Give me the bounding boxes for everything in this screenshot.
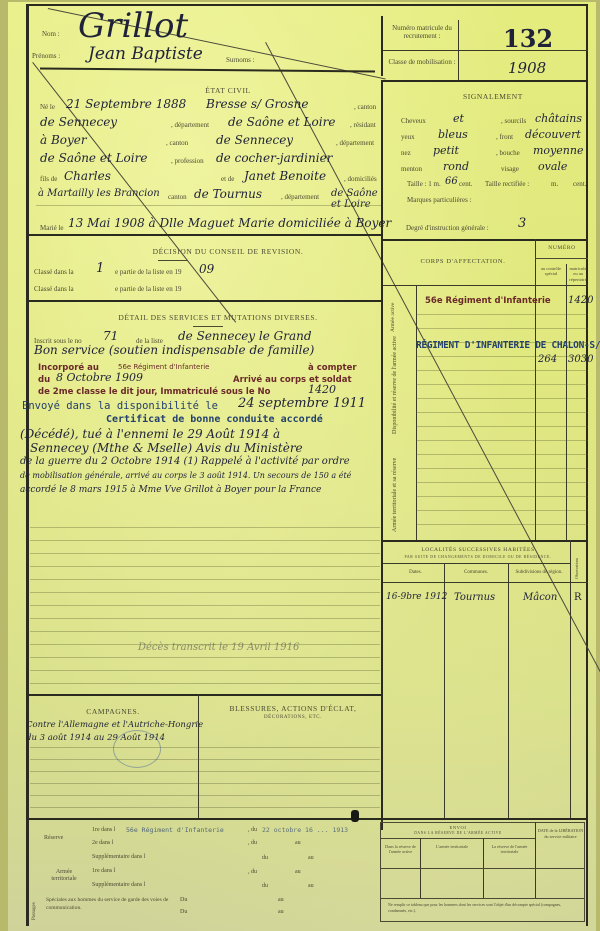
nom-label: Nom : xyxy=(42,30,60,38)
incorpore-a-compter: à compter xyxy=(308,363,357,373)
territ-row2-du: du xyxy=(262,883,268,889)
liberation-col4: DATE de la LIBÉRATION du service militai… xyxy=(537,828,584,840)
signalement-block: Cheveux et , sourcils châtains yeux bleu… xyxy=(393,112,588,208)
territ-row1-au: au xyxy=(295,869,301,875)
prenoms-label: Prénoms : xyxy=(32,52,60,60)
classe-label: Classe de mobilisation : xyxy=(388,58,456,66)
reserve-row1-du: , du xyxy=(248,827,257,833)
visage-value: ovale xyxy=(538,160,567,173)
sourcils-label: , sourcils xyxy=(501,117,526,125)
classe-row2-prefix: Classé dans la xyxy=(34,285,74,293)
degre-label: Degré d'instruction générale : xyxy=(406,224,489,232)
canton3-label: canton xyxy=(168,193,187,201)
liberation-col3: La réserve de l'armée territoriale xyxy=(485,844,534,855)
front-value: découvert xyxy=(525,128,581,141)
reserve-row3-au: au xyxy=(308,855,314,861)
localite-row-commune: Tournus xyxy=(454,592,495,603)
localites-side-header: Observations xyxy=(574,558,579,579)
side-armee-active: Armée active xyxy=(390,303,396,332)
col-matricule: matricule ou au répertoire xyxy=(567,266,589,282)
residant-label: , résidant xyxy=(350,121,376,129)
localite-row-date: 16-9bre 1912 xyxy=(386,592,447,602)
spec-row2-du: Du xyxy=(180,909,187,915)
services-title: DÉTAIL DES SERVICES ET MUTATIONS DIVERSE… xyxy=(68,313,368,322)
et-de-value: Janet Benoite xyxy=(244,169,326,183)
canton-value: de Sennecey xyxy=(40,115,117,129)
spec-row1-du: Du xyxy=(180,897,187,903)
certificat-bonne-conduite: Certificat de bonne conduite accordé xyxy=(106,414,323,425)
localite-row-mark: R xyxy=(574,592,582,603)
surnoms-label: Surnoms : xyxy=(226,56,255,64)
cheveux-value: et xyxy=(453,112,464,125)
localite-row-subdivision: Mâcon xyxy=(523,592,557,603)
taille-label: Taille : 1 m. xyxy=(407,180,441,188)
ink-stamp-circle xyxy=(113,730,161,768)
blessures-title: BLESSURES, ACTIONS D'ÉCLAT, xyxy=(208,704,378,713)
departement-label: , département xyxy=(171,121,209,129)
classe-value: 1908 xyxy=(508,59,546,77)
reserve-row3-du: du xyxy=(262,855,268,861)
bouche-label: , bouche xyxy=(496,149,520,157)
immatricule-label: de 2me classe le dit jour, Immatriculé s… xyxy=(38,387,271,397)
liberation-col2: L'armée territoriale xyxy=(422,844,482,849)
deces-line: de mobilisation générale, arrivé au corp… xyxy=(20,469,380,483)
marie-value: 13 Mai 1908 à Dlle Maguet Marie domicili… xyxy=(68,216,391,230)
deces-line: accordé le 8 mars 1915 à Mme Vve Grillot… xyxy=(20,483,380,497)
deces-notes: (Décédé), tué à l'ennemi le 29 Août 1914… xyxy=(20,427,380,497)
reserve-row1-value: 56e Régiment d'Infanterie xyxy=(126,826,224,834)
territ-row2-label: Supplémentaire dans l xyxy=(92,882,145,888)
localites-title: LOCALITÉS SUCCESSIVES HABITÉES xyxy=(388,547,568,553)
ne-le-value: 21 Septembre 1888 xyxy=(66,97,186,111)
matricule-label: Numéro matricule du recrutement : xyxy=(388,24,456,41)
cheveux-label: Cheveux xyxy=(401,117,426,125)
immatricule-number: 1420 xyxy=(308,383,336,396)
etat-civil-block: Né le 21 Septembre 1888 Bresse s/ Grosne… xyxy=(36,97,381,205)
deces-line: Sennecey (Mthe & Mselle) Avis du Ministè… xyxy=(20,441,380,455)
inscrit-value: 71 xyxy=(103,329,118,343)
menton-label: menton xyxy=(401,165,422,173)
blessures-subtitle: DÉCORATIONS, ETC. xyxy=(208,715,378,720)
territ-row1-label: 1re dans l xyxy=(92,868,115,874)
side-disponibilite: Disponibilité et réserve de l'armée acti… xyxy=(392,336,398,434)
bon-service-line: Bon service (soutien indispensable de fa… xyxy=(34,343,314,357)
col-dates: Dates. xyxy=(388,570,443,575)
departement2-value: de Saône et Loire xyxy=(40,151,147,165)
nom-value: Grillot xyxy=(78,6,188,46)
reserve-row3-label: Supplémentaire dans l xyxy=(92,854,145,860)
campagnes-line: Contre l'Allemagne et l'Autriche-Hongrie xyxy=(26,720,203,730)
canton2-value: de Sennecey xyxy=(216,133,293,147)
departement3-value: de Saône et Loire xyxy=(331,188,381,210)
classe-row1-value: 1 xyxy=(96,261,104,276)
incorpore-corps: 56e Régiment d'Infanterie xyxy=(118,363,209,371)
front-label: , front xyxy=(496,133,513,141)
incorpore-date: 8 Octobre 1909 xyxy=(56,371,143,384)
classe-row1-prefix: Classé dans la xyxy=(34,268,74,276)
yeux-label: yeux xyxy=(401,133,415,141)
taille-rectifiee-label: Taille rectifiée : xyxy=(485,180,529,188)
departement2-label: , département xyxy=(336,139,374,147)
taille-value: 66 xyxy=(445,176,458,187)
fils-de-label: fils de xyxy=(40,175,57,183)
profession-label: , profession xyxy=(171,157,204,165)
deces-line: (Décédé), tué à l'ennemi le 29 Août 1914… xyxy=(20,427,380,441)
bouche-value: moyenne xyxy=(533,144,583,157)
classe-row1-suffix: e partie de la liste en 19 xyxy=(115,268,181,276)
classe-row2-suffix: e partie de la liste en 19 xyxy=(115,285,181,293)
col-communes: Communes. xyxy=(445,570,507,575)
spec-row2-au: au xyxy=(278,909,284,915)
disponibilite-date: 24 septembre 1911 xyxy=(238,396,366,411)
nez-value: petit xyxy=(433,144,459,157)
reserve-row2-au: au xyxy=(295,840,301,846)
yeux-value: bleus xyxy=(438,128,468,141)
profession-value: de cocher-jardinier xyxy=(216,151,332,165)
territ-row1-du: , du xyxy=(248,869,257,875)
departement-value: de Saône et Loire xyxy=(228,115,335,129)
deces-line: de la guerre du 2 Octobre 1914 (1) Rappe… xyxy=(20,455,380,469)
domicilies-value: à Martailly les Brancion xyxy=(38,188,160,199)
etat-civil-title: ÉTAT CIVIL xyxy=(128,86,328,95)
nez-label: nez xyxy=(401,149,411,157)
liberation-note: Ne remplir ce tableau que pour les homme… xyxy=(388,902,578,913)
prenoms-value: Jean Baptiste xyxy=(88,44,203,64)
ne-le-label: Né le xyxy=(40,103,55,111)
campagnes-title: CAMPAGNES. xyxy=(38,707,188,716)
sourcils-value: châtains xyxy=(535,112,582,125)
territoriale-label: Armée territoriale xyxy=(44,869,84,883)
et-de-label: et de xyxy=(221,175,234,183)
liberation-col1: Dans la réserve de l'armée active xyxy=(382,844,419,855)
speciales-label: Spéciales aux hommes du service de garde… xyxy=(46,896,176,913)
matricule-value: 132 xyxy=(503,24,553,53)
classe-row1-year: 09 xyxy=(199,262,214,276)
corps-affectation-title: CORPS D'AFFECTATION. xyxy=(398,258,528,265)
reserve-row2-label: 2e dans l xyxy=(92,840,113,846)
liberation-title: ENVOI xyxy=(383,825,533,830)
liberation-subtitle: DANS LA RÉSERVE DE L'ARMÉE ACTIVE xyxy=(383,831,533,835)
conseil-revision-title: DÉCISION DU CONSEIL DE REVISION. xyxy=(98,247,358,256)
affectation-entry-1-matricule: 1420 xyxy=(568,295,593,306)
reserve-row1-dates: 22 octobre 16 ... 1913 xyxy=(262,826,348,834)
col-subdivisions: Subdivisions de région. xyxy=(509,570,569,575)
residant-value: à Boyer xyxy=(40,133,87,147)
spec-row1-au: au xyxy=(278,897,284,903)
degre-value: 3 xyxy=(518,216,526,231)
reserve-row2-du: , du xyxy=(248,840,257,846)
taille-unit: cent. xyxy=(459,180,472,188)
numero-title: NUMÉRO xyxy=(536,245,588,251)
incorpore-du: du xyxy=(38,375,50,385)
liste-value: de Sennecey le Grand xyxy=(178,329,312,343)
localites-subtitle: PAR SUITE DE CHANGEMENTS DE DOMICILE OU … xyxy=(388,555,568,559)
col-compte-special: au contrôle spécial xyxy=(537,266,565,277)
menton-value: rond xyxy=(443,160,469,173)
visage-label: visage xyxy=(501,165,519,173)
side-territoriale: Armée territoriale et sa réserve xyxy=(392,458,398,532)
canton2-label: , canton xyxy=(166,139,188,147)
canton-label: , canton xyxy=(354,103,376,111)
signalement-title: SIGNALEMENT xyxy=(408,92,578,101)
domicilies-label: , domiciliés xyxy=(344,175,377,183)
passage-side-label: Passages xyxy=(32,902,37,920)
reserve-label: Réserve xyxy=(44,835,63,841)
fils-de-value: Charles xyxy=(64,169,111,183)
taille-rectifiee-cent: cent. xyxy=(573,180,586,188)
territ-row2-au: au xyxy=(308,883,314,889)
marques-label: Marques particulières : xyxy=(407,196,472,204)
disponibilite-label: Envoyé dans la disponibilité le xyxy=(22,400,218,412)
lieu-naissance-value: Bresse s/ Grosne xyxy=(206,97,308,111)
binding-hole xyxy=(351,810,359,822)
reserve-row1-label: 1re dans l xyxy=(92,827,115,833)
taille-rectifiee-m: m. xyxy=(551,180,558,188)
departement3-label: , département xyxy=(281,193,319,201)
canton3-value: de Tournus xyxy=(194,187,262,201)
marie-label: Marié le xyxy=(40,224,64,232)
affectation-entry-1-corps: 56e Régiment d'Infanterie xyxy=(425,296,551,306)
register-sheet: Nom : Grillot Prénoms : Jean Baptiste Su… xyxy=(8,2,596,931)
